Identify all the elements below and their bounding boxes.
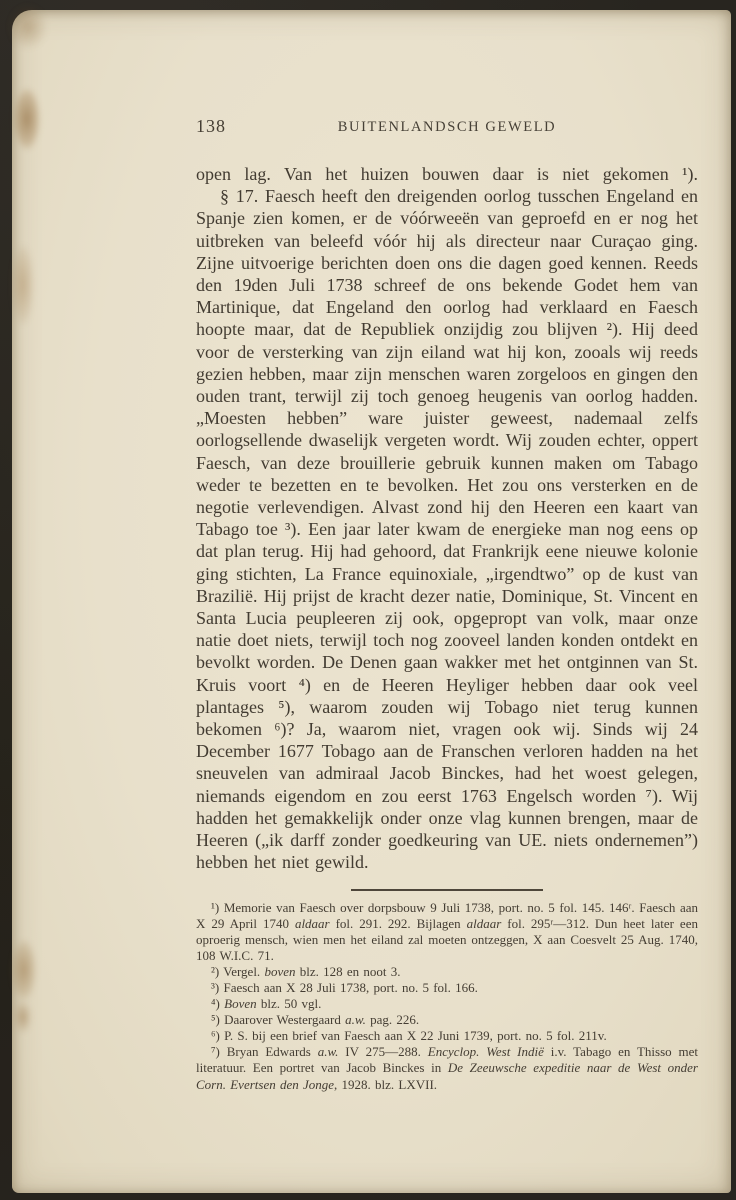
footnote-text: IV 275—288. (338, 1044, 427, 1059)
footnote-italic-text: a.w. (345, 1012, 366, 1027)
footnote: ⁴) Boven blz. 50 vgl. (196, 996, 698, 1012)
body-text: open lag. Van het huizen bouwen daar is … (196, 163, 698, 874)
footnote-text: ³) Faesch aan X 28 Juli 1738, port. no. … (211, 980, 478, 995)
footnote-italic-text: boven (264, 964, 295, 979)
foxing-spot (12, 245, 34, 325)
running-head: 138 BUITENLANDSCH GEWELD (196, 116, 698, 140)
footnote-italic-text: Boven (224, 996, 256, 1011)
foxing-spot (12, 940, 36, 1000)
footnote-rule (351, 889, 543, 891)
footnote-text: ⁵) Daarover Westergaard (211, 1012, 345, 1027)
footnote-italic-text: aldaar (295, 916, 330, 931)
footnote: ⁵) Daarover Westergaard a.w. pag. 226. (196, 1012, 698, 1028)
paragraph: open lag. Van het huizen bouwen daar is … (196, 163, 698, 185)
page-content: 138 BUITENLANDSCH GEWELD open lag. Van h… (196, 116, 698, 1093)
footnote: ⁷) Bryan Edwards a.w. IV 275—288. Encycl… (196, 1044, 698, 1092)
footnote-text: ⁴) (211, 996, 224, 1011)
footnote-text: blz. 50 vgl. (257, 996, 322, 1011)
foxing-spot (14, 1000, 32, 1034)
paragraph: § 17. Faesch heeft den dreigenden oorlog… (196, 185, 698, 873)
footnote: ⁶) P. S. bij een brief van Faesch aan X … (196, 1028, 698, 1044)
footnote: ²) Vergel. boven blz. 128 en noot 3. (196, 964, 698, 980)
footnote-text: pag. 226. (366, 1012, 419, 1027)
footnote-text: fol. 291. 292. Bijlagen (330, 916, 467, 931)
footnote-text: ⁷) Bryan Edwards (211, 1044, 318, 1059)
foxing-spot (8, 4, 48, 50)
foxing-spot (14, 88, 40, 150)
footnote-text: ⁶) P. S. bij een brief van Faesch aan X … (211, 1028, 607, 1043)
footnote-italic-text: a.w. (318, 1044, 339, 1059)
footnote-text: ²) Vergel. (211, 964, 264, 979)
footnote-italic-text: aldaar (467, 916, 502, 931)
footnote-italic-text: Encyclop. West Indië (428, 1044, 544, 1059)
running-header-title: BUITENLANDSCH GEWELD (196, 119, 698, 136)
footnote-text: blz. 128 en noot 3. (295, 964, 400, 979)
footnote: ³) Faesch aan X 28 Juli 1738, port. no. … (196, 980, 698, 996)
footnotes: ¹) Memorie van Faesch over dorpsbouw 9 J… (196, 900, 698, 1093)
footnote: ¹) Memorie van Faesch over dorpsbouw 9 J… (196, 900, 698, 964)
footnote-text: , 1928. blz. LXVII. (334, 1077, 437, 1092)
